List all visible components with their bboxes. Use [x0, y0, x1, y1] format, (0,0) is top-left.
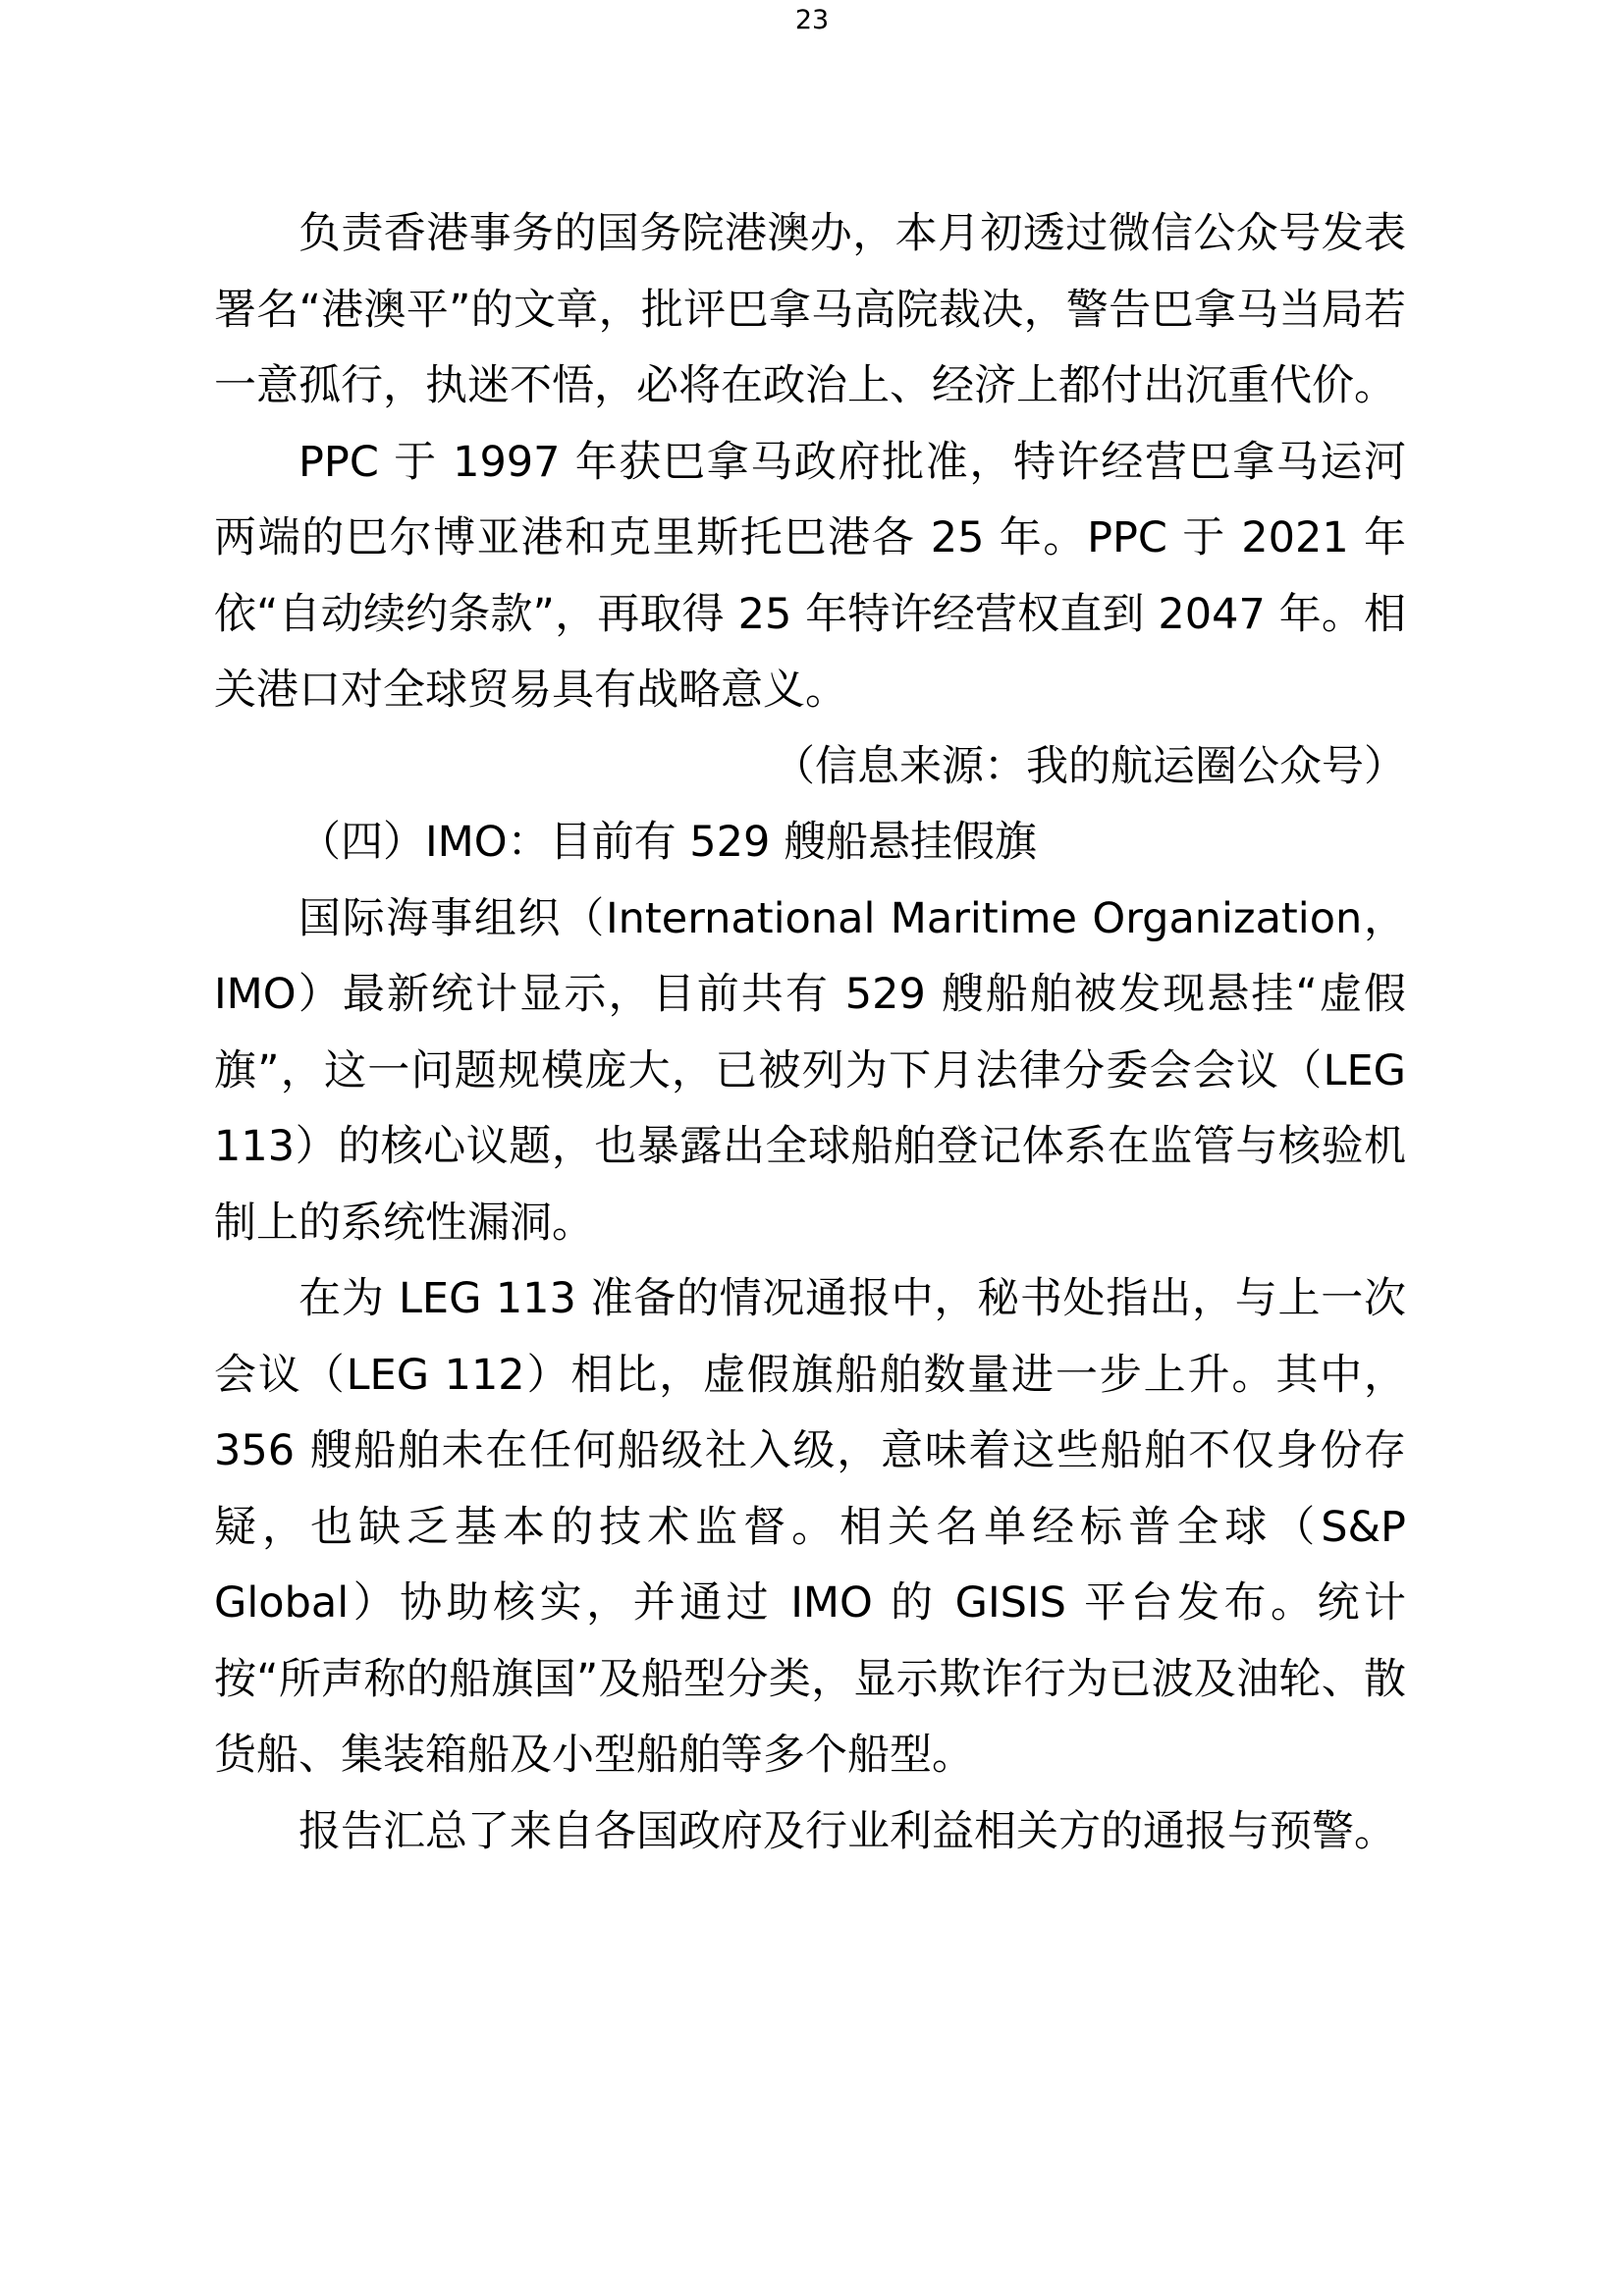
paragraph-heading: （四）IMO：目前有 529 艘船悬挂假旗	[214, 805, 1406, 881]
paragraph-body: 报告汇总了来自各国政府及行业利益相关方的通报与预警。	[214, 1794, 1406, 1871]
document-page: 23 负责香港事务的国务院港澳办，本月初透过微信公众号发表署名“港澳平”的文章，…	[0, 0, 1624, 2296]
page-content: 负责香港事务的国务院港澳办，本月初透过微信公众号发表署名“港澳平”的文章，批评巴…	[214, 196, 1406, 1870]
paragraph-body: PPC 于 1997 年获巴拿马政府批准，特许经营巴拿马运河两端的巴尔博亚港和克…	[214, 425, 1406, 729]
paragraph-source: （信息来源：我的航运圈公众号）	[214, 729, 1406, 806]
paragraph-body: 在为 LEG 113 准备的情况通报中，秘书处指出，与上一次会议（LEG 112…	[214, 1261, 1406, 1794]
page-number: 23	[0, 6, 1624, 35]
paragraph-body: 负责香港事务的国务院港澳办，本月初透过微信公众号发表署名“港澳平”的文章，批评巴…	[214, 196, 1406, 425]
paragraph-body: 国际海事组织（International Maritime Organizati…	[214, 881, 1406, 1262]
